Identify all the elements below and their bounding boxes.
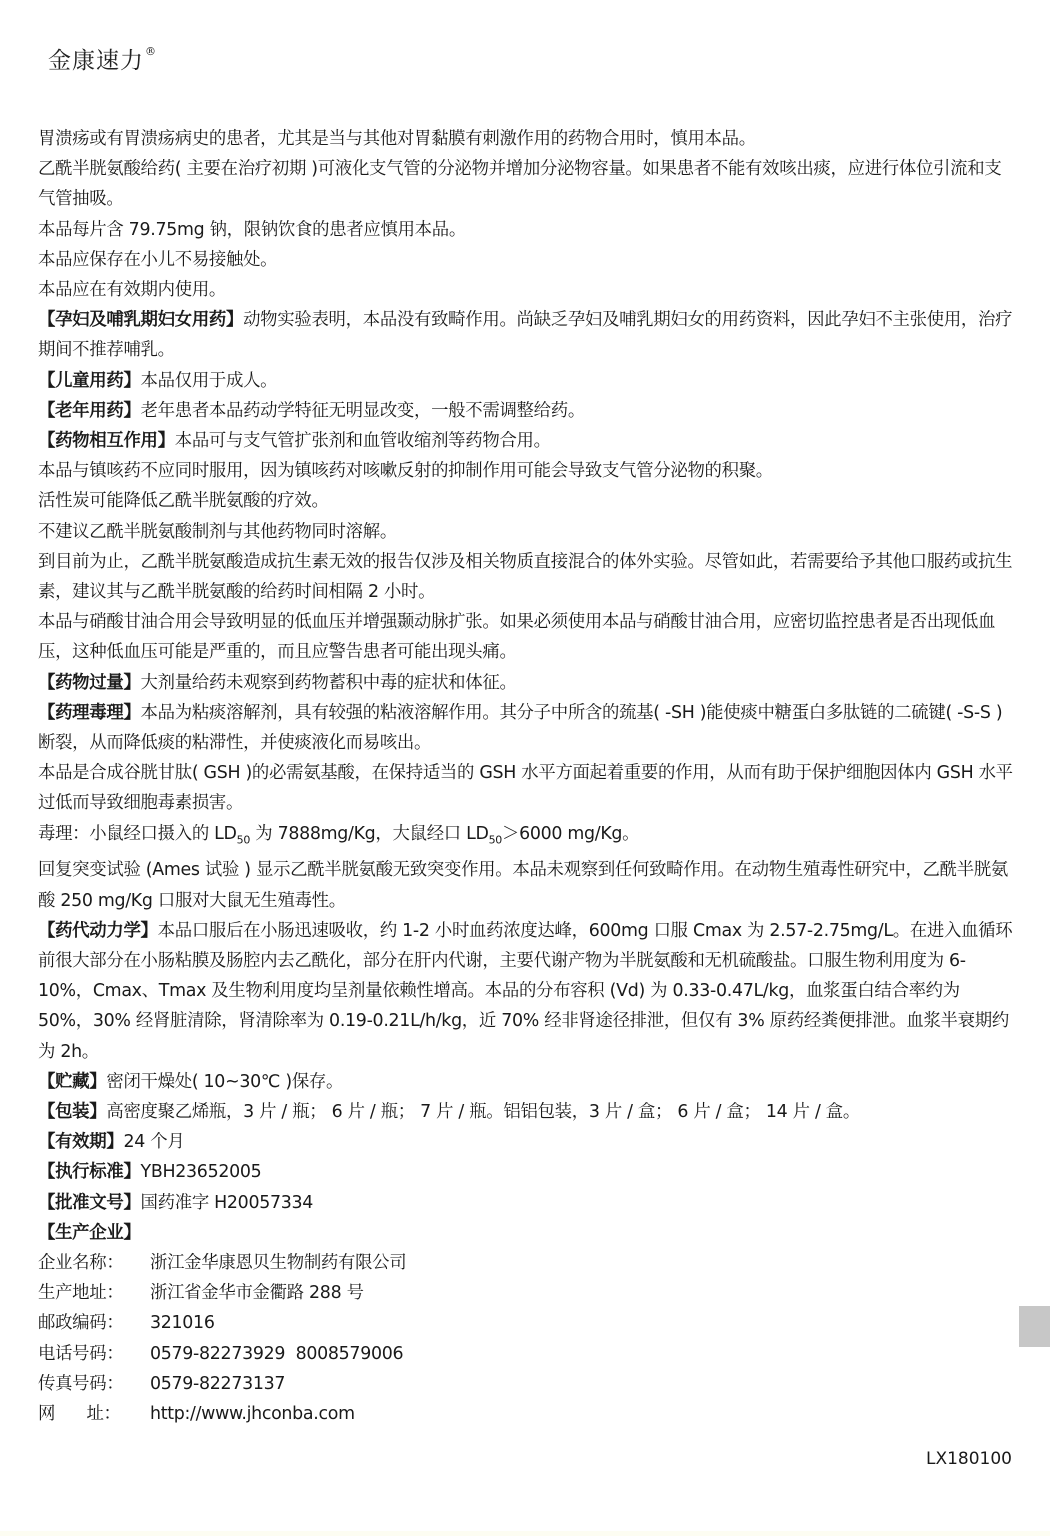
section-packaging: 【包装】高密度聚乙烯瓶，3 片 / 瓶； 6 片 / 瓶； 7 片 / 瓶。铝铝… bbox=[38, 1097, 1018, 1127]
info-label: 邮政编码： bbox=[38, 1308, 150, 1338]
paragraph: 本品是合成谷胱甘肽( GSH )的必需氨基酸，在保持适当的 GSH 水平方面起着… bbox=[38, 758, 1018, 818]
section-pregnancy: 【孕妇及哺乳期妇女用药】动物实验表明，本品没有致畸作用。尚缺乏孕妇及哺乳期妇女的… bbox=[38, 305, 1018, 365]
tox-text: 毒理：小鼠经口摄入的 LD bbox=[38, 824, 237, 844]
section-heading: 【药物过量】 bbox=[38, 673, 141, 693]
section-elderly: 【老年用药】老年患者本品药动学特征无明显改变，一般不需调整给药。 bbox=[38, 396, 1018, 426]
leaflet-body: 胃溃疡或有胃溃疡病史的患者，尤其是当与其他对胃黏膜有刺激作用的药物合用时，慎用本… bbox=[38, 124, 1018, 1429]
paragraph: 不建议乙酰半胱氨酸制剂与其他药物同时溶解。 bbox=[38, 517, 1018, 547]
section-text: 高密度聚乙烯瓶，3 片 / 瓶； 6 片 / 瓶； 7 片 / 瓶。铝铝包装，3… bbox=[106, 1102, 860, 1122]
brand-logo: 金康速力® bbox=[48, 42, 157, 75]
paragraph: 胃溃疡或有胃溃疡病史的患者，尤其是当与其他对胃黏膜有刺激作用的药物合用时，慎用本… bbox=[38, 124, 1018, 154]
section-text: YBH23652005 bbox=[141, 1162, 262, 1182]
subscript: 50 bbox=[489, 833, 502, 846]
section-heading: 【药物相互作用】 bbox=[38, 431, 175, 451]
brand-name: 金康速力 bbox=[48, 48, 144, 74]
section-text: 密闭干燥处( 10~30℃ )保存。 bbox=[106, 1072, 343, 1092]
section-text: 本品仅用于成人。 bbox=[141, 371, 278, 391]
info-value: 浙江金华康恩贝生物制药有限公司 bbox=[150, 1248, 406, 1278]
section-heading: 【药代动力学】 bbox=[38, 921, 158, 941]
section-approval: 【批准文号】国药准字 H20057334 bbox=[38, 1188, 1018, 1218]
paragraph: 本品与镇咳药不应同时服用，因为镇咳药对咳嗽反射的抑制作用可能会导致支气管分泌物的… bbox=[38, 456, 1018, 486]
section-heading: 【贮藏】 bbox=[38, 1072, 106, 1092]
paragraph: 活性炭可能降低乙酰半胱氨酸的疗效。 bbox=[38, 486, 1018, 516]
paragraph: 本品应保存在小儿不易接触处。 bbox=[38, 245, 1018, 275]
section-text: 本品口服后在小肠迅速吸收，约 1-2 小时血药浓度达峰，600mg 口服 Cma… bbox=[38, 921, 1012, 1062]
section-storage: 【贮藏】密闭干燥处( 10~30℃ )保存。 bbox=[38, 1067, 1018, 1097]
section-children: 【儿童用药】本品仅用于成人。 bbox=[38, 366, 1018, 396]
side-tab-marker bbox=[1019, 1306, 1050, 1347]
registered-mark: ® bbox=[145, 45, 157, 58]
section-heading: 【执行标准】 bbox=[38, 1162, 141, 1182]
info-label: 网 址： bbox=[38, 1399, 150, 1429]
paragraph: 回复突变试验 (Ames 试验 ) 显示乙酰半胱氨酸无致突变作用。本品未观察到任… bbox=[38, 855, 1018, 915]
toxicology-line: 毒理：小鼠经口摄入的 LD50 为 7888mg/Kg，大鼠经口 LD50＞60… bbox=[38, 819, 1018, 856]
paragraph: 本品与硝酸甘油合用会导致明显的低血压并增强颞动脉扩张。如果必须使用本品与硝酸甘油… bbox=[38, 607, 1018, 667]
section-text: 大剂量给药未观察到药物蓄积中毒的症状和体征。 bbox=[141, 673, 517, 693]
section-text: 24 个月 bbox=[123, 1132, 184, 1152]
paragraph: 乙酰半胱氨酸给药( 主要在治疗初期 )可液化支气管的分泌物并增加分泌物容量。如果… bbox=[38, 154, 1018, 214]
section-manufacturer: 【生产企业】 bbox=[38, 1218, 1018, 1248]
paragraph: 到目前为止，乙酰半胱氨酸造成抗生素无效的报告仅涉及相关物质直接混合的体外实验。尽… bbox=[38, 547, 1018, 607]
section-shelf-life: 【有效期】24 个月 bbox=[38, 1127, 1018, 1157]
info-row-postcode: 邮政编码：321016 bbox=[38, 1308, 1018, 1338]
paragraph: 本品应在有效期内使用。 bbox=[38, 275, 1018, 305]
info-label: 生产地址： bbox=[38, 1278, 150, 1308]
info-row-address: 生产地址：浙江省金华市金衢路 288 号 bbox=[38, 1278, 1018, 1308]
paragraph: 本品每片含 79.75mg 钠，限钠饮食的患者应慎用本品。 bbox=[38, 215, 1018, 245]
section-text: 国药准字 H20057334 bbox=[141, 1193, 313, 1213]
info-row-website: 网 址：http://www.jhconba.com bbox=[38, 1399, 1018, 1429]
section-heading: 【药理毒理】 bbox=[38, 703, 141, 723]
info-row-company: 企业名称：浙江金华康恩贝生物制药有限公司 bbox=[38, 1248, 1018, 1278]
info-label: 企业名称： bbox=[38, 1248, 150, 1278]
info-value: 0579-82273929 8008579006 bbox=[150, 1339, 403, 1369]
info-value: 321016 bbox=[150, 1308, 215, 1338]
subscript: 50 bbox=[237, 833, 250, 846]
tox-text: 为 7888mg/Kg，大鼠经口 LD bbox=[250, 824, 489, 844]
tox-text: ＞6000 mg/Kg。 bbox=[502, 824, 639, 844]
section-interactions: 【药物相互作用】本品可与支气管扩张剂和血管收缩剂等药物合用。 bbox=[38, 426, 1018, 456]
manufacturer-info: 企业名称：浙江金华康恩贝生物制药有限公司 生产地址：浙江省金华市金衢路 288 … bbox=[38, 1248, 1018, 1429]
section-heading: 【有效期】 bbox=[38, 1132, 123, 1152]
section-text: 本品可与支气管扩张剂和血管收缩剂等药物合用。 bbox=[175, 431, 551, 451]
section-standard: 【执行标准】YBH23652005 bbox=[38, 1157, 1018, 1187]
section-heading: 【孕妇及哺乳期妇女用药】 bbox=[38, 310, 243, 330]
info-value: 0579-82273137 bbox=[150, 1369, 285, 1399]
section-heading: 【批准文号】 bbox=[38, 1193, 141, 1213]
section-heading: 【生产企业】 bbox=[38, 1223, 141, 1243]
info-value: 浙江省金华市金衢路 288 号 bbox=[150, 1278, 364, 1308]
section-pharmacology: 【药理毒理】本品为粘痰溶解剂，具有较强的粘液溶解作用。其分子中所含的巯基( -S… bbox=[38, 698, 1018, 758]
section-heading: 【老年用药】 bbox=[38, 401, 141, 421]
section-pharmacokinetics: 【药代动力学】本品口服后在小肠迅速吸收，约 1-2 小时血药浓度达峰，600mg… bbox=[38, 916, 1018, 1067]
info-row-fax: 传真号码：0579-82273137 bbox=[38, 1369, 1018, 1399]
section-text: 老年患者本品药动学特征无明显改变，一般不需调整给药。 bbox=[141, 401, 585, 421]
info-row-phone: 电话号码：0579-82273929 8008579006 bbox=[38, 1339, 1018, 1369]
section-overdose: 【药物过量】大剂量给药未观察到药物蓄积中毒的症状和体征。 bbox=[38, 668, 1018, 698]
document-code: LX180100 bbox=[926, 1449, 1012, 1469]
section-heading: 【儿童用药】 bbox=[38, 371, 141, 391]
section-text: 本品为粘痰溶解剂，具有较强的粘液溶解作用。其分子中所含的巯基( -SH )能使痰… bbox=[38, 703, 1002, 753]
info-label: 传真号码： bbox=[38, 1369, 150, 1399]
website-link[interactable]: http://www.jhconba.com bbox=[150, 1399, 355, 1429]
section-heading: 【包装】 bbox=[38, 1102, 106, 1122]
page-edge bbox=[0, 1531, 1050, 1536]
info-label: 电话号码： bbox=[38, 1339, 150, 1369]
